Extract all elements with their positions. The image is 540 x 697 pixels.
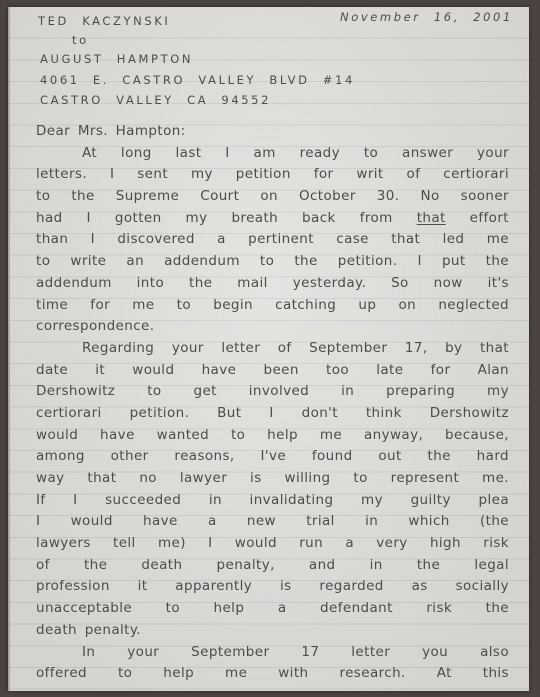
letter-text: correspondence. — [36, 318, 154, 334]
letter-line: letters. I sent my petition for writ of … — [36, 164, 509, 186]
letter-line: Regarding your letter of September 17, b… — [36, 338, 509, 360]
letter-line: I would have a new trial in which (the — [36, 511, 509, 533]
letter-line: death penalty. — [36, 620, 509, 642]
letter-line: certiorari petition. But I don't think D… — [36, 403, 509, 425]
letter-text: time for me to begin catching up on negl… — [36, 297, 509, 313]
letter-text: among other reasons, I've found out the … — [36, 448, 509, 464]
underlined-word: that — [417, 210, 446, 226]
letter-line: had I gotten my breath back from that ef… — [36, 208, 509, 230]
recipient-address-line2: CASTRO VALLEY CA 94552 — [40, 93, 271, 107]
letter-text: effort — [446, 210, 509, 226]
letter-line: date it would have been too late for Ala… — [36, 360, 509, 382]
letter-text: had I gotten my breath back from — [36, 210, 417, 226]
letter-text: way that no lawyer is willing to represe… — [36, 470, 509, 486]
sender-name: TED KACZYNSKI — [38, 14, 170, 28]
letter-text: lawyers tell me) I would run a very high… — [36, 535, 509, 551]
letter-line: correspondence. — [36, 316, 509, 338]
letter-text: to write an addendum to the petition. I … — [36, 253, 509, 269]
letter-text: Dershowitz to get involved in preparing … — [36, 383, 509, 399]
letter-line: to write an addendum to the petition. I … — [36, 251, 509, 273]
letter-line: lawyers tell me) I would run a very high… — [36, 533, 509, 555]
letter-text: addendum into the mail yesterday. So now… — [36, 275, 509, 291]
letter-line: Dershowitz to get involved in preparing … — [36, 381, 509, 403]
letter-line: At long last I am ready to answer your — [36, 143, 509, 165]
letter-line: addendum into the mail yesterday. So now… — [36, 273, 509, 295]
letter-text: letters. I sent my petition for writ of … — [36, 166, 509, 182]
letter-text: Regarding your letter of September 17, b… — [82, 340, 509, 356]
letter-body: Dear Mrs. Hampton:At long last I am read… — [36, 121, 509, 685]
letter-text: death penalty. — [36, 622, 141, 638]
letter-line: to the Supreme Court on October 30. No s… — [36, 186, 509, 208]
letter-text: unacceptable to help a defendant risk th… — [36, 600, 509, 616]
letter-text: would have wanted to help me anyway, bec… — [36, 427, 509, 443]
letter-text: than I discovered a pertinent case that … — [36, 231, 509, 247]
letter-text: to the Supreme Court on October 30. No s… — [36, 188, 509, 204]
letter-line: would have wanted to help me anyway, bec… — [36, 425, 509, 447]
letter-line: Dear Mrs. Hampton: — [36, 121, 509, 143]
letter-line: than I discovered a pertinent case that … — [36, 229, 509, 251]
letter-line: In your September 17 letter you also — [36, 642, 509, 664]
letter-line: profession it apparently is regarded as … — [36, 576, 509, 598]
letter-text: date it would have been too late for Ala… — [36, 362, 509, 378]
letter-photo: { "document_type": "handwritten-letter",… — [0, 0, 540, 697]
letter-date: November 16, 2001 — [340, 10, 513, 24]
letter-text: I would have a new trial in which (the — [36, 513, 509, 529]
letter-line: If I succeeded in invalidating my guilty… — [36, 490, 509, 512]
letter-line: unacceptable to help a defendant risk th… — [36, 598, 509, 620]
letter-text: certiorari petition. But I don't think D… — [36, 405, 509, 421]
recipient-name: AUGUST HAMPTON — [40, 52, 193, 66]
letter-text: If I succeeded in invalidating my guilty… — [36, 492, 509, 508]
letter-line: offered to help me with research. At thi… — [36, 663, 509, 685]
recipient-address-line1: 4061 E. CASTRO VALLEY BLVD #14 — [40, 73, 355, 87]
letter-line: time for me to begin catching up on negl… — [36, 295, 509, 317]
letter-line: of the death penalty, and in the legal — [36, 555, 509, 577]
to-label: to — [72, 33, 89, 47]
letter-paper: TED KACZYNSKI to AUGUST HAMPTON 4061 E. … — [8, 7, 529, 691]
letter-text: At long last I am ready to answer your — [82, 145, 509, 161]
letter-text: of the death penalty, and in the legal — [36, 557, 509, 573]
letter-text: Dear Mrs. Hampton: — [36, 123, 186, 139]
letter-line: way that no lawyer is willing to represe… — [36, 468, 509, 490]
letter-text: In your September 17 letter you also — [82, 644, 509, 660]
letter-text: profession it apparently is regarded as … — [36, 578, 509, 594]
letter-text: offered to help me with research. At thi… — [36, 665, 509, 681]
letter-line: among other reasons, I've found out the … — [36, 446, 509, 468]
